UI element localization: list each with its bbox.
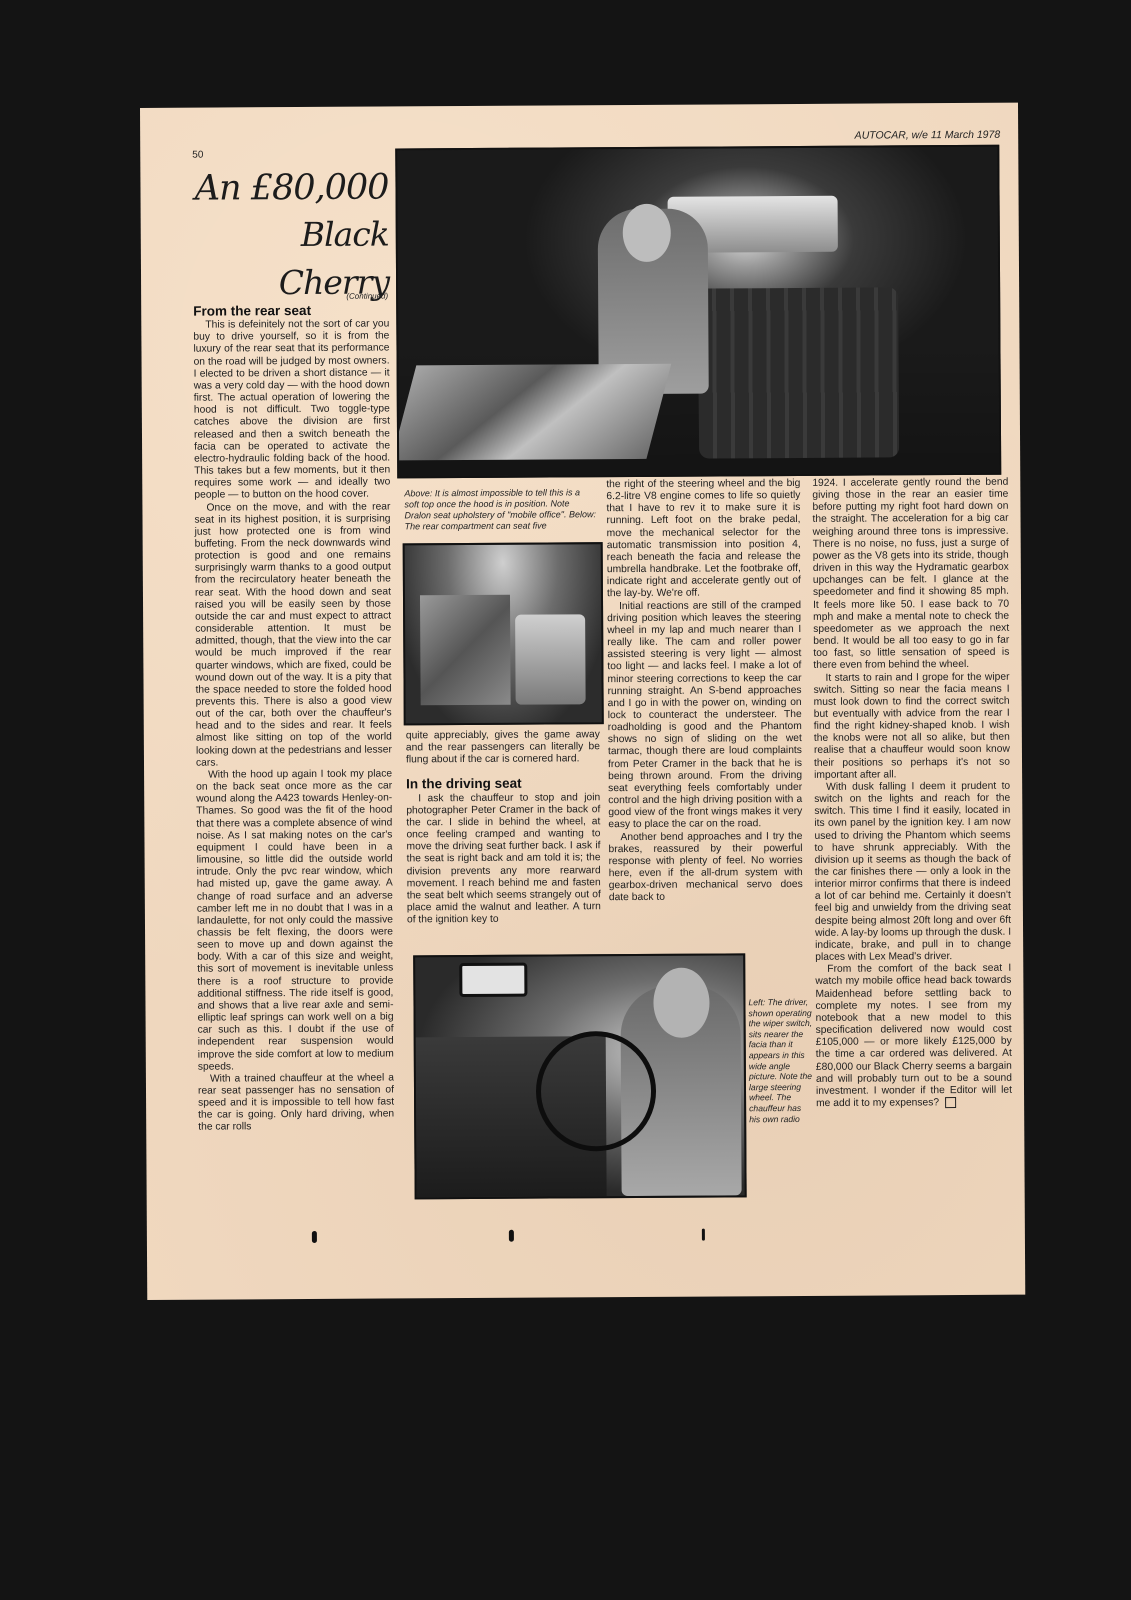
driver-at-wheel-photo — [413, 953, 746, 1199]
section-heading-driving-seat: In the driving seat — [406, 778, 600, 791]
title-line-1: An £80,000 — [188, 164, 388, 211]
hole — [702, 1229, 705, 1241]
column-2: quite appreciably, gives the game away a… — [406, 729, 601, 927]
walnut-table — [395, 364, 671, 461]
caption-top: Above: It is almost impossible to tell t… — [404, 487, 596, 532]
paragraph-text: From the comfort of the back seat I watc… — [815, 963, 1012, 1109]
paragraph: With the hood up again I took my place o… — [196, 768, 394, 1073]
seat-right — [515, 614, 586, 704]
hole — [312, 1231, 317, 1243]
passenger-head — [623, 204, 671, 262]
binding-holes — [140, 103, 1018, 108]
rear-seat — [698, 287, 899, 458]
paragraph: Once on the move, and with the rear seat… — [194, 501, 392, 770]
paragraph: This is defeinitely not the sort of car … — [193, 319, 390, 503]
steering-wheel — [536, 1031, 657, 1152]
seat-left — [420, 595, 511, 706]
paragraph: the right of the steering wheel and the … — [606, 478, 801, 601]
paragraph: Another bend approaches and I try the br… — [608, 830, 802, 904]
paragraph: With a trained chauffeur at the wheel a … — [198, 1072, 394, 1134]
paragraph: With dusk falling I deem it prudent to s… — [814, 781, 1011, 965]
page-number: 50 — [192, 150, 203, 161]
column-4: 1924. I accelerate gently round the bend… — [812, 477, 1012, 1111]
column-1: From the rear seat This is defeinitely n… — [193, 304, 394, 1134]
paragraph: I ask the chauffeur to stop and join pho… — [406, 792, 601, 927]
paragraph: 1924. I accelerate gently round the bend… — [812, 477, 1009, 673]
hole — [509, 1230, 514, 1242]
end-mark-icon — [945, 1097, 956, 1108]
paragraph: From the comfort of the back seat I watc… — [815, 963, 1012, 1110]
paragraph: Initial reactions are still of the cramp… — [607, 600, 802, 832]
running-head: AUTOCAR, w/e 11 March 1978 — [855, 129, 1001, 142]
continued-label: (Continued) — [311, 291, 388, 300]
paragraph: It starts to rain and I grope for the wi… — [813, 671, 1010, 782]
column-3: the right of the steering wheel and the … — [606, 478, 803, 905]
caption-bottom-right: Left: The driver, shown operating the wi… — [748, 997, 813, 1125]
magazine-page: 50 AUTOCAR, w/e 11 March 1978 An £80,000… — [140, 103, 1025, 1300]
article-title: An £80,000 Black Cherry — [188, 164, 389, 307]
interior-mirror — [459, 963, 527, 997]
section-heading-rear-seat: From the rear seat — [193, 304, 389, 317]
rear-compartment-photo — [395, 145, 1001, 479]
paragraph: quite appreciably, gives the game away a… — [406, 729, 600, 767]
rear-seats-photo — [403, 542, 604, 725]
driver-head — [653, 968, 709, 1038]
